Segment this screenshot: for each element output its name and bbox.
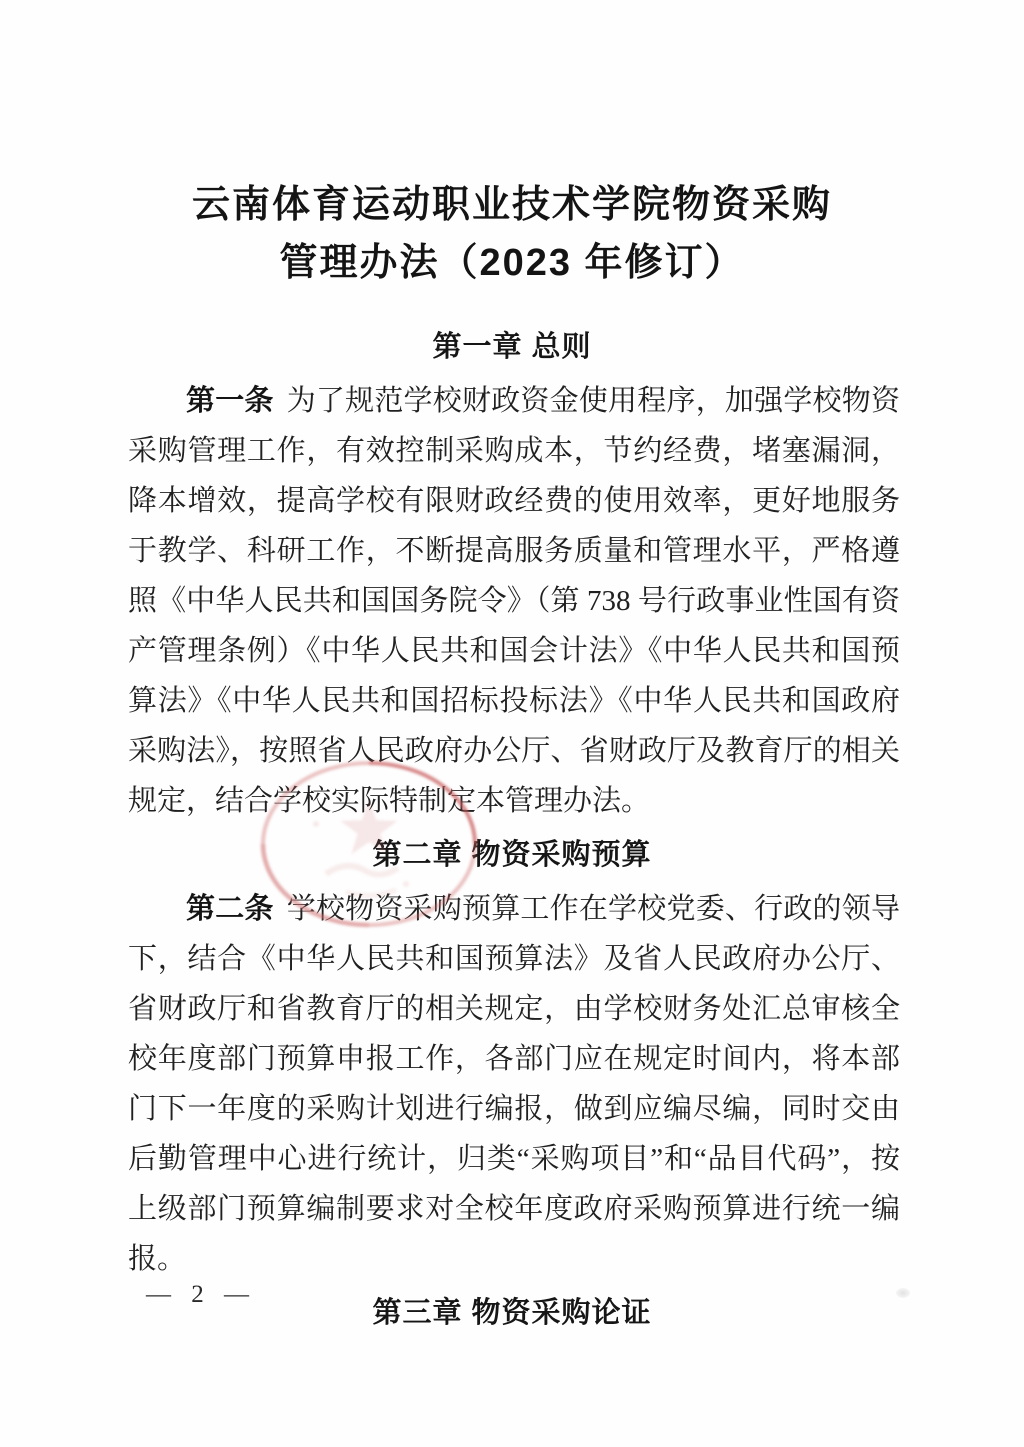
scan-smudge: [896, 1288, 910, 1298]
article-2-label: 第二条: [186, 893, 274, 925]
page-number: — 2 —: [146, 1281, 256, 1309]
document-title-line2: 管理办法（2023 年修订）: [0, 234, 1024, 292]
chapter-2-heading: 第二章 物资采购预算: [0, 836, 1024, 874]
article-2-text: 学校物资采购预算工作在学校党委、行政的领导下，结合《中华人民共和国预算法》及省人…: [128, 893, 900, 1275]
article-1-text: 为了规范学校财政资金使用程序，加强学校物资采购管理工作，有效控制采购成本，节约经…: [128, 385, 900, 817]
article-2: 第二条学校物资采购预算工作在学校党委、行政的领导下，结合《中华人民共和国预算法》…: [128, 884, 900, 1284]
document-title: 云南体育运动职业技术学院物资采购 管理办法（2023 年修订）: [0, 0, 1024, 292]
article-1: 第一条为了规范学校财政资金使用程序，加强学校物资采购管理工作，有效控制采购成本，…: [128, 376, 900, 826]
chapter-1-heading: 第一章 总则: [0, 328, 1024, 366]
document-page: 云南体育运动职业技术学院物资采购 管理办法（2023 年修订） 第一章 总则 第…: [0, 0, 1024, 1447]
article-1-label: 第一条: [186, 385, 274, 417]
document-title-line1: 云南体育运动职业技术学院物资采购: [0, 176, 1024, 234]
